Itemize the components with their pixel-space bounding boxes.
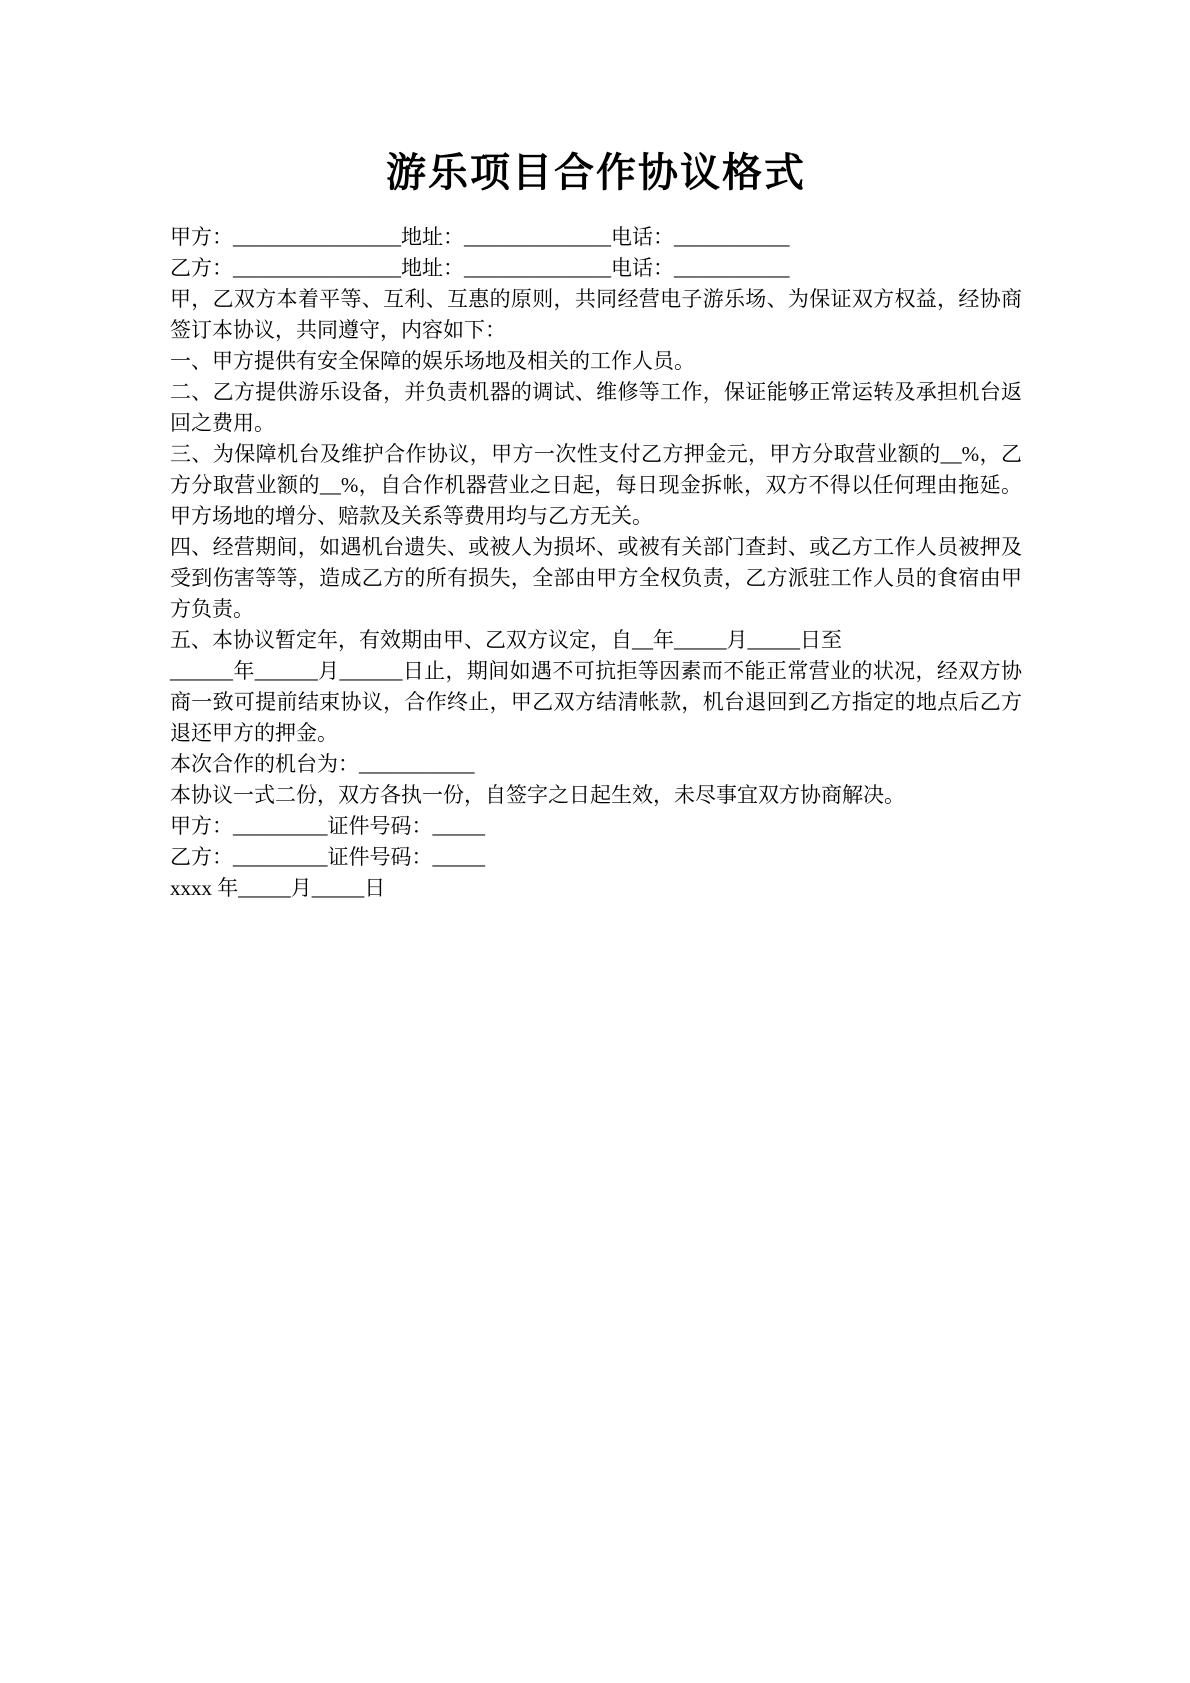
clause-3: 三、为保障机台及维护合作协议，甲方一次性支付乙方押金元，甲方分取营业额的__%，… (170, 439, 1022, 532)
signature-party-b-line: 乙方：_________证件号码：_____ (170, 842, 1022, 873)
clause-4: 四、经营期间，如遇机台遗失、或被人为损坏、或被有关部门查封、或乙方工作人员被押及… (170, 532, 1022, 625)
clause-1: 一、甲方提供有安全保障的娱乐场地及相关的工作人员。 (170, 346, 1022, 377)
signature-date-line: xxxx 年_____月_____日 (170, 873, 1022, 904)
clause-5-line-1: 五、本协议暂定年，有效期由甲、乙双方议定，自__年_____月_____日至 (170, 625, 1022, 656)
document-title: 游乐项目合作协议格式 (170, 146, 1022, 200)
party-b-info-line: 乙方：________________地址：______________电话：_… (170, 253, 1022, 284)
copies-validity-line: 本协议一式二份，双方各执一份，自签字之日起生效，未尽事宜双方协商解决。 (170, 780, 1022, 811)
document-page: 游乐项目合作协议格式 甲方：________________地址：_______… (0, 0, 1190, 1683)
preamble-paragraph: 甲，乙双方本着平等、互利、互惠的原则，共同经营电子游乐场、为保证双方权益，经协商… (170, 284, 1022, 346)
clause-5-continuation: ______年______月______日止，期间如遇不可抗拒等因素而不能正常营… (170, 656, 1022, 749)
machine-list-line: 本次合作的机台为：___________ (170, 749, 1022, 780)
signature-party-a-line: 甲方：_________证件号码：_____ (170, 811, 1022, 842)
clause-2: 二、乙方提供游乐设备，并负责机器的调试、维修等工作，保证能够正常运转及承担机台返… (170, 377, 1022, 439)
party-a-info-line: 甲方：________________地址：______________电话：_… (170, 222, 1022, 253)
document-body: 甲方：________________地址：______________电话：_… (170, 222, 1022, 904)
